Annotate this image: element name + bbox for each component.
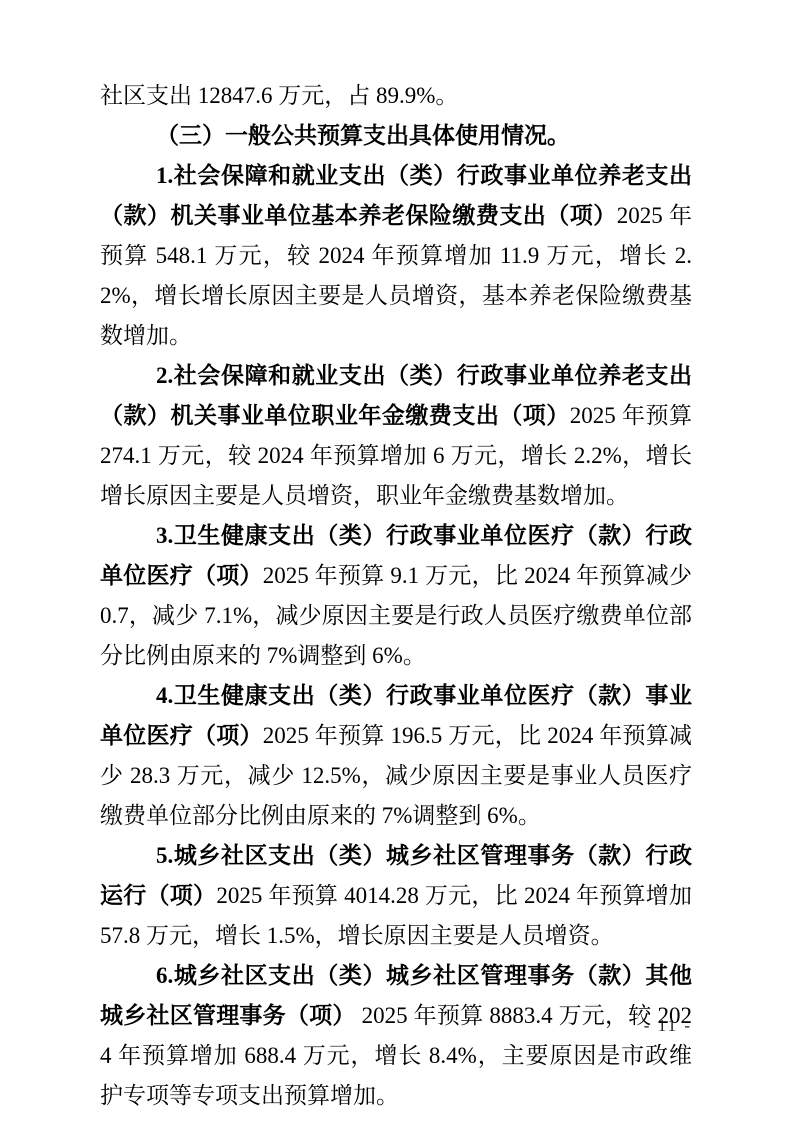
budget-paragraph-1: 1.社会保障和就业支出（类）行政事业单位养老支出（款）机关事业单位基本养老保险缴… <box>100 156 692 356</box>
carryover-line: 社区支出 12847.6 万元，占 89.9%。 <box>100 76 692 116</box>
page-number: - 11 - <box>644 1014 692 1038</box>
budget-paragraph-6: 6.城乡社区支出（类）城乡社区管理事务（款）其他城乡社区管理事务（项） 2025… <box>100 956 692 1116</box>
budget-paragraph-4: 4.卫生健康支出（类）行政事业单位医疗（款）事业单位医疗（项）2025 年预算 … <box>100 676 692 836</box>
budget-paragraph-3: 3.卫生健康支出（类）行政事业单位医疗（款）行政单位医疗（项）2025 年预算 … <box>100 516 692 676</box>
paragraph-1-lead: 1.社会保障和就业支出（类）行政事业单位养老支出（款）机关事业单位基本养老保险缴… <box>100 163 692 228</box>
section-heading: （三）一般公共预算支出具体使用情况。 <box>100 116 692 156</box>
budget-paragraph-5: 5.城乡社区支出（类）城乡社区管理事务（款）行政运行（项）2025 年预算 40… <box>100 836 692 956</box>
document-page: 社区支出 12847.6 万元，占 89.9%。 （三）一般公共预算支出具体使用… <box>0 0 793 1122</box>
document-body: 社区支出 12847.6 万元，占 89.9%。 （三）一般公共预算支出具体使用… <box>100 76 692 1116</box>
budget-paragraph-2: 2.社会保障和就业支出（类）行政事业单位养老支出（款）机关事业单位职业年金缴费支… <box>100 356 692 516</box>
